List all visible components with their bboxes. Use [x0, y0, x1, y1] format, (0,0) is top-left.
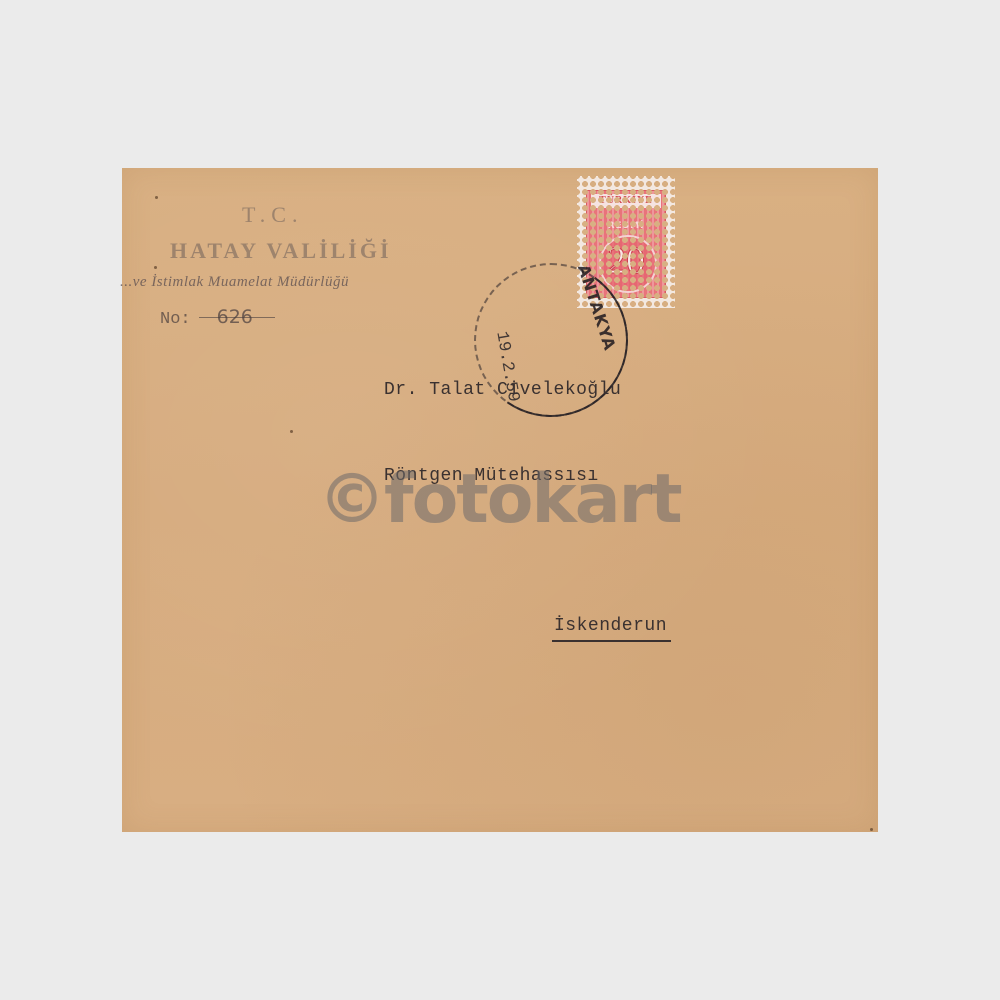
paper-speck — [870, 828, 873, 831]
stamp-value: 20 — [587, 239, 665, 283]
sender-line-1: T.C. — [242, 202, 303, 228]
paper-speck — [290, 430, 293, 433]
reference-number: No:626 — [160, 306, 275, 329]
watermark: ©fotokart — [318, 460, 681, 540]
paper-speck — [155, 196, 158, 199]
recipient-name: Dr. Talat Civelekoğlu — [384, 380, 621, 400]
paper-speck — [154, 266, 157, 269]
reference-number-label: No: — [160, 310, 191, 329]
stamp-country: TÜRKİYE — [591, 194, 661, 208]
reference-number-value: 626 — [199, 306, 275, 328]
recipient-city: İskenderun — [554, 616, 667, 636]
sender-line-2: HATAY VALİLİĞİ — [170, 238, 392, 264]
sender-line-3: ...ve İstimlak Muamelat Müdürlüğü — [120, 274, 349, 291]
stamp-inscription: RESMİ — [605, 221, 647, 231]
